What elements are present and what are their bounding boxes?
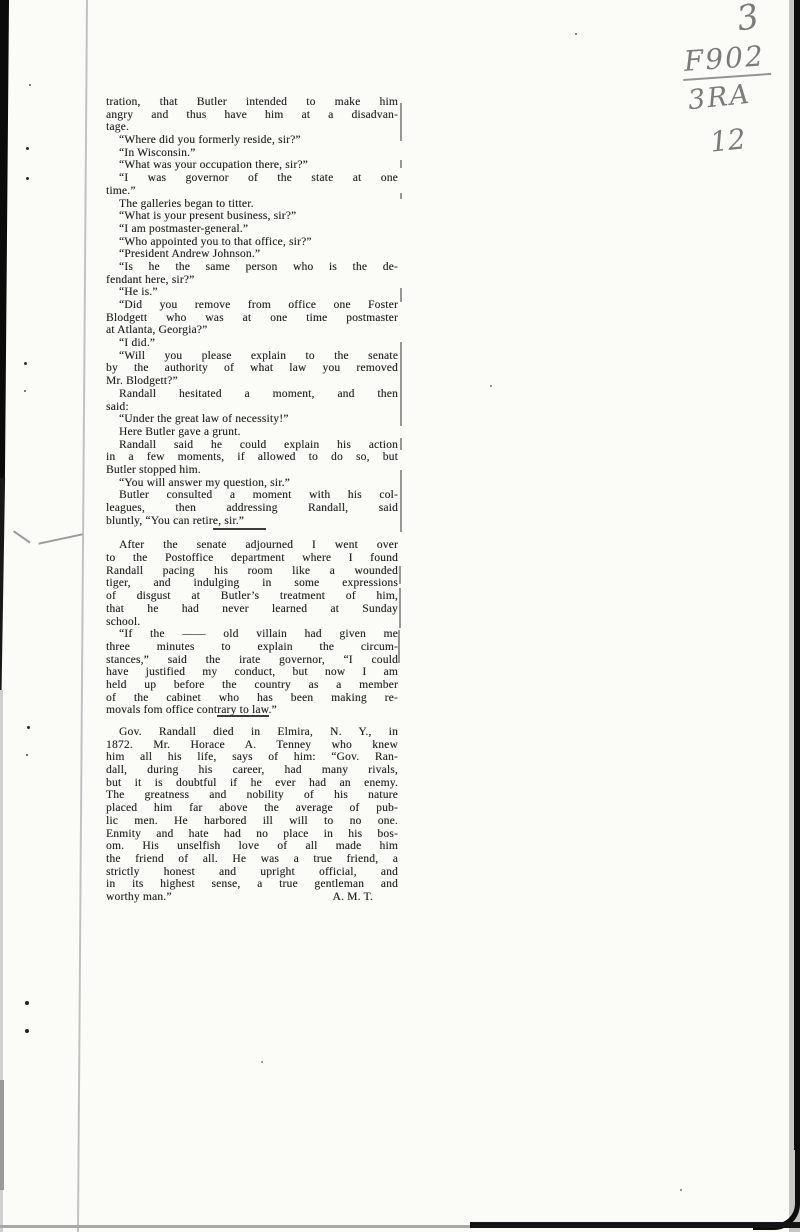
speck <box>25 1029 29 1033</box>
article-line: Mr. Blodgett?” <box>106 375 398 388</box>
article-line: “Is he the same person who is the de- <box>106 261 398 274</box>
article-line: worthy man.” <box>106 891 172 904</box>
article-line: tration, that Butler intended to make hi… <box>106 96 398 109</box>
article-line: “President Andrew Johnson.” <box>106 248 398 261</box>
speck <box>25 1001 29 1005</box>
pencil-scratch <box>38 533 82 544</box>
article-line: Gov. Randall died in Elmira, N. Y., in <box>106 726 398 739</box>
speck <box>261 1061 263 1063</box>
clipping-right-edge-mark <box>400 288 402 302</box>
article-line: time.” <box>106 185 398 198</box>
speck <box>490 385 492 387</box>
speck <box>24 362 27 365</box>
article-line: “You will answer my question, sir.” <box>106 477 398 490</box>
article-line: “Under the great law of necessity!” <box>106 413 398 426</box>
article-line: Enmity and hate had no place in his bos- <box>106 828 398 841</box>
handwritten-page-number: 3 <box>734 0 762 40</box>
article-line: Blodgett who was at one time postmaster <box>106 312 398 325</box>
scan-edge-left <box>0 478 6 693</box>
article-line: tage. <box>106 121 398 134</box>
scan-edge-bottom <box>0 1225 480 1228</box>
article-line: Butler consulted a moment with his col- <box>106 489 398 502</box>
speck <box>29 84 31 86</box>
author-initials: A. M. T. <box>333 891 373 904</box>
article-line: “I am postmaster-general.” <box>106 223 398 236</box>
article-line: that he had never learned at Sunday <box>106 603 398 616</box>
article-line: “What was your occupation there, sir?” <box>106 159 398 172</box>
article-line: “What is your present business, sir?” <box>106 210 398 223</box>
clipping-right-edge-mark <box>399 588 401 628</box>
article-line: “If the —— old villain had given me <box>106 628 398 641</box>
article-line: 1872. Mr. Horace A. Tenney who knew <box>106 739 398 752</box>
article-line: said: <box>106 401 398 414</box>
speck <box>26 147 29 150</box>
speck <box>24 390 26 392</box>
article-line: “Did you remove from office one Foster <box>106 299 398 312</box>
clipping-right-edge-mark <box>400 342 402 426</box>
article-line: strictly honest and upright official, an… <box>106 866 398 879</box>
article-line: dall, during his career, had many rivals… <box>106 764 398 777</box>
article-line: “Where did you formerly reside, sir?” <box>106 134 398 147</box>
handwritten-call-number-line3: 12 <box>708 122 747 159</box>
article-line: Randall hesitated a moment, and then <box>106 388 398 401</box>
article-paragraph-block: tration, that Butler intended to make hi… <box>106 96 398 527</box>
article-line: held up before the country as a member <box>106 679 398 692</box>
article-line: leagues, then addressing Randall, said <box>106 502 398 515</box>
article-line: him all his life, says of him: “Gov. Ran… <box>106 751 398 764</box>
clipping-right-edge-mark <box>400 160 402 168</box>
clipping-left-edge <box>77 0 88 1232</box>
article-line: by the authority of what law you removed <box>106 362 398 375</box>
article-line: Here Butler gave a grunt. <box>106 426 398 439</box>
handwritten-call-number-line1: F902 <box>681 39 771 81</box>
article-line: “Who appointed you to that office, sir?” <box>106 236 398 249</box>
article-line: “I did.” <box>106 337 398 350</box>
article-line: placed him far above the average of pub- <box>106 802 398 815</box>
article-line: bluntly, “You can retire, sir.” <box>106 515 398 528</box>
article-line: fendant here, sir?” <box>106 274 398 287</box>
scan-corner-bottom-right <box>753 1136 800 1230</box>
scan-edge-right <box>794 0 800 1150</box>
pencil-scratch <box>13 530 30 543</box>
scan-edge-bottom <box>470 1222 800 1228</box>
scan-edge-left <box>0 0 9 478</box>
clipping-right-edge-mark <box>400 438 402 450</box>
article-line: have justified my conduct, but now I am <box>106 666 398 679</box>
article-line: After the senate adjourned I went over <box>106 539 398 552</box>
article-line: “Will you please explain to the senate <box>106 350 398 363</box>
clipping-right-edge-mark <box>400 470 402 532</box>
article-line: school. <box>106 616 398 629</box>
article-line: the friend of all. He was a true friend,… <box>106 853 398 866</box>
article-paragraph-block: Gov. Randall died in Elmira, N. Y., in18… <box>106 726 398 904</box>
article-line: in its highest sense, a true gentleman a… <box>106 878 398 891</box>
article-line: Butler stopped him. <box>106 464 398 477</box>
article-line: at Atlanta, Georgia?” <box>106 324 398 337</box>
article-line: The greatness and nobility of his nature <box>106 789 398 802</box>
article-line: angry and thus have him at a disadvan- <box>106 109 398 122</box>
speck <box>680 1189 682 1191</box>
clipping-right-edge-mark <box>398 630 400 663</box>
section-divider <box>217 715 269 717</box>
article-line: Randall said he could explain his action <box>106 439 398 452</box>
article-line: to the Postoffice department where I fou… <box>106 552 398 565</box>
article-line: of the cabinet who has been making re- <box>106 692 398 705</box>
article-line: but it is doubtful if he ever had an ene… <box>106 777 398 790</box>
speck <box>26 177 29 180</box>
clipping-right-edge-mark <box>399 566 401 584</box>
article-line: three minutes to explain the circum- <box>106 641 398 654</box>
article-line: tiger, and indulging in some expressions <box>106 577 398 590</box>
article-line: lic men. He harbored ill will to no one. <box>106 815 398 828</box>
article-line: Randall pacing his room like a wounded <box>106 565 398 578</box>
article-column: tration, that Butler intended to make hi… <box>106 96 398 904</box>
article-line: “In Wisconsin.” <box>106 147 398 160</box>
clipping-right-edge-mark <box>400 103 402 141</box>
article-line: “I was governor of the state at one <box>106 172 398 185</box>
article-line: in a few moments, if allowed to do so, b… <box>106 451 398 464</box>
article-line: om. His unselfish love of all made him <box>106 840 398 853</box>
article-line: of disgust at Butler’s treatment of him, <box>106 590 398 603</box>
handwritten-call-number-line2: 3RA <box>687 79 753 116</box>
article-line: “He is.” <box>106 286 398 299</box>
speck <box>575 33 577 35</box>
speck <box>26 754 28 756</box>
speck <box>27 726 30 729</box>
section-divider <box>213 528 266 530</box>
clipping-right-edge-mark <box>400 193 402 199</box>
scan-edge-left <box>0 1080 4 1190</box>
article-paragraph-block: After the senate adjourned I went overto… <box>106 539 398 717</box>
article-line: stances,” said the irate governor, “I co… <box>106 654 398 667</box>
article-line: The galleries began to titter. <box>106 198 398 211</box>
